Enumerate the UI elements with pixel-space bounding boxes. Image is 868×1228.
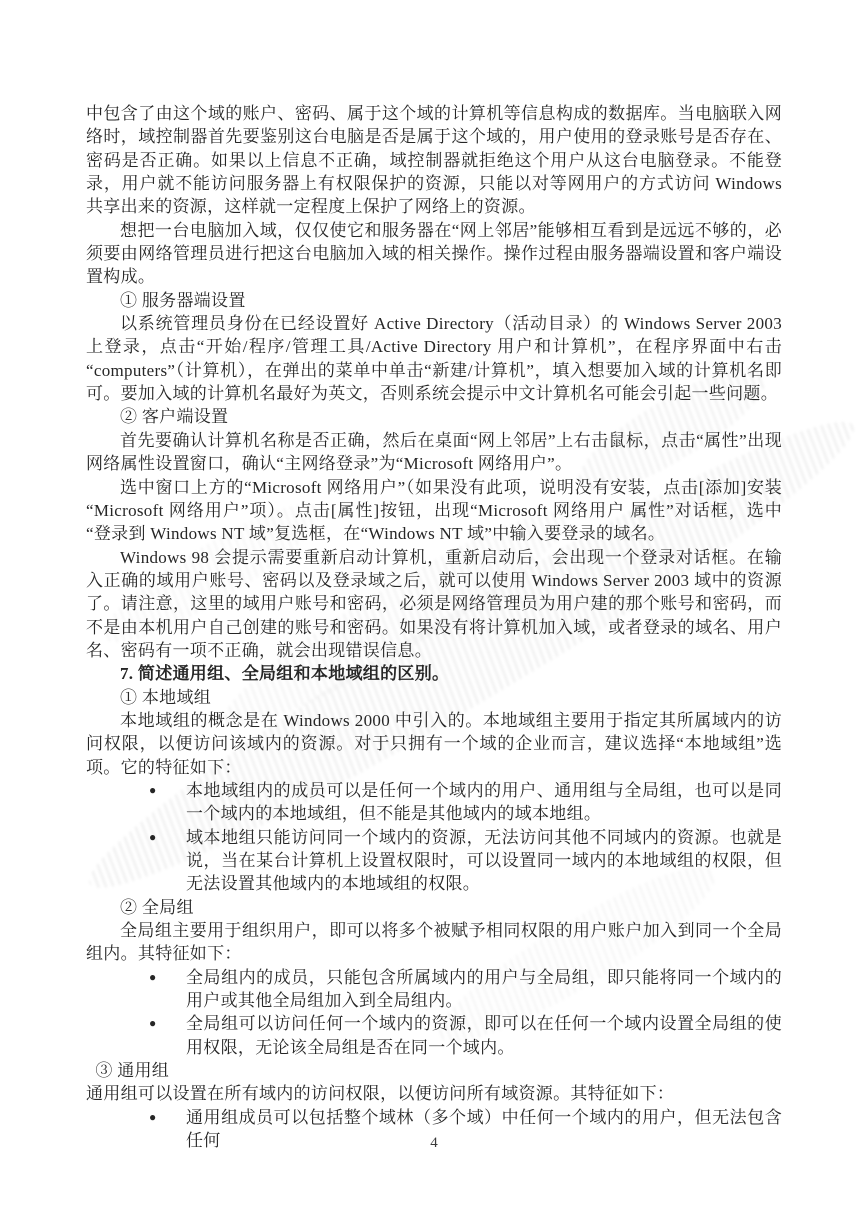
bullet-text: 本地域组内的成员可以是任何一个域内的用户、通用组与全局组，也可以是同一个域内的本… xyxy=(186,781,782,823)
numbered-subheading: ② 全局组 xyxy=(86,896,782,919)
paragraph: 中包含了由这个域的账户、密码、属于这个域的计算机等信息构成的数据库。当电脑联入网… xyxy=(86,102,782,219)
bullet-item: ●全局组内的成员，只能包含所属域内的用户与全局组，即只能将同一个域内的用户或其他… xyxy=(86,966,782,1013)
numbered-subheading: ① 本地域组 xyxy=(86,686,782,709)
bullet-text: 全局组内的成员，只能包含所属域内的用户与全局组，即只能将同一个域内的用户或其他全… xyxy=(186,968,782,1010)
paragraph: 全局组主要用于组织用户，即可以将多个被赋予相同权限的用户账户加入到同一个全局组内… xyxy=(86,919,782,966)
bullet-icon: ● xyxy=(149,1106,157,1129)
bullet-icon: ● xyxy=(149,779,157,802)
paragraph: 以系统管理员身份在已经设置好 Active Directory（活动目录）的 W… xyxy=(86,312,782,405)
numbered-subheading: ③ 通用组 xyxy=(86,1059,782,1082)
page-number: 4 xyxy=(0,1135,868,1152)
bullet-item: ●全局组可以访问任何一个域内的资源，即可以在任何一个域内设置全局组的使用权限，无… xyxy=(86,1012,782,1059)
bullet-icon: ● xyxy=(149,966,157,989)
bullet-icon: ● xyxy=(149,826,157,849)
document-body: 中包含了由这个域的账户、密码、属于这个域的计算机等信息构成的数据库。当电脑联入网… xyxy=(86,102,782,1152)
question-heading: 7. 简述通用组、全局组和本地域组的区别。 xyxy=(86,662,782,685)
paragraph: 本地域组的概念是在 Windows 2000 中引入的。本地域组主要用于指定其所… xyxy=(86,709,782,779)
paragraph: 首先要确认计算机名称是否正确，然后在桌面“网上邻居”上右击鼠标，点击“属性”出现… xyxy=(86,429,782,476)
numbered-subheading: ① 服务器端设置 xyxy=(86,289,782,312)
bullet-text: 域本地组只能访问同一个域内的资源，无法访问其他不同域内的资源。也就是说，当在某台… xyxy=(186,828,782,894)
paragraph: 通用组可以设置在所有域内的访问权限，以便访问所有域资源。其特征如下： xyxy=(86,1082,782,1105)
bullet-item: ●域本地组只能访问同一个域内的资源，无法访问其他不同域内的资源。也就是说，当在某… xyxy=(86,826,782,896)
bullet-text: 全局组可以访问任何一个域内的资源，即可以在任何一个域内设置全局组的使用权限，无论… xyxy=(186,1014,782,1056)
paragraph: 选中窗口上方的“Microsoft 网络用户”（如果没有此项，说明没有安装，点击… xyxy=(86,476,782,546)
paragraph: Windows 98 会提示需要重新启动计算机，重新启动后，会出现一个登录对话框… xyxy=(86,546,782,663)
bullet-icon: ● xyxy=(149,1012,157,1035)
bullet-item: ●本地域组内的成员可以是任何一个域内的用户、通用组与全局组，也可以是同一个域内的… xyxy=(86,779,782,826)
paragraph: 想把一台电脑加入域，仅仅使它和服务器在“网上邻居”能够相互看到是远远不够的，必须… xyxy=(86,219,782,289)
numbered-subheading: ② 客户端设置 xyxy=(86,405,782,428)
